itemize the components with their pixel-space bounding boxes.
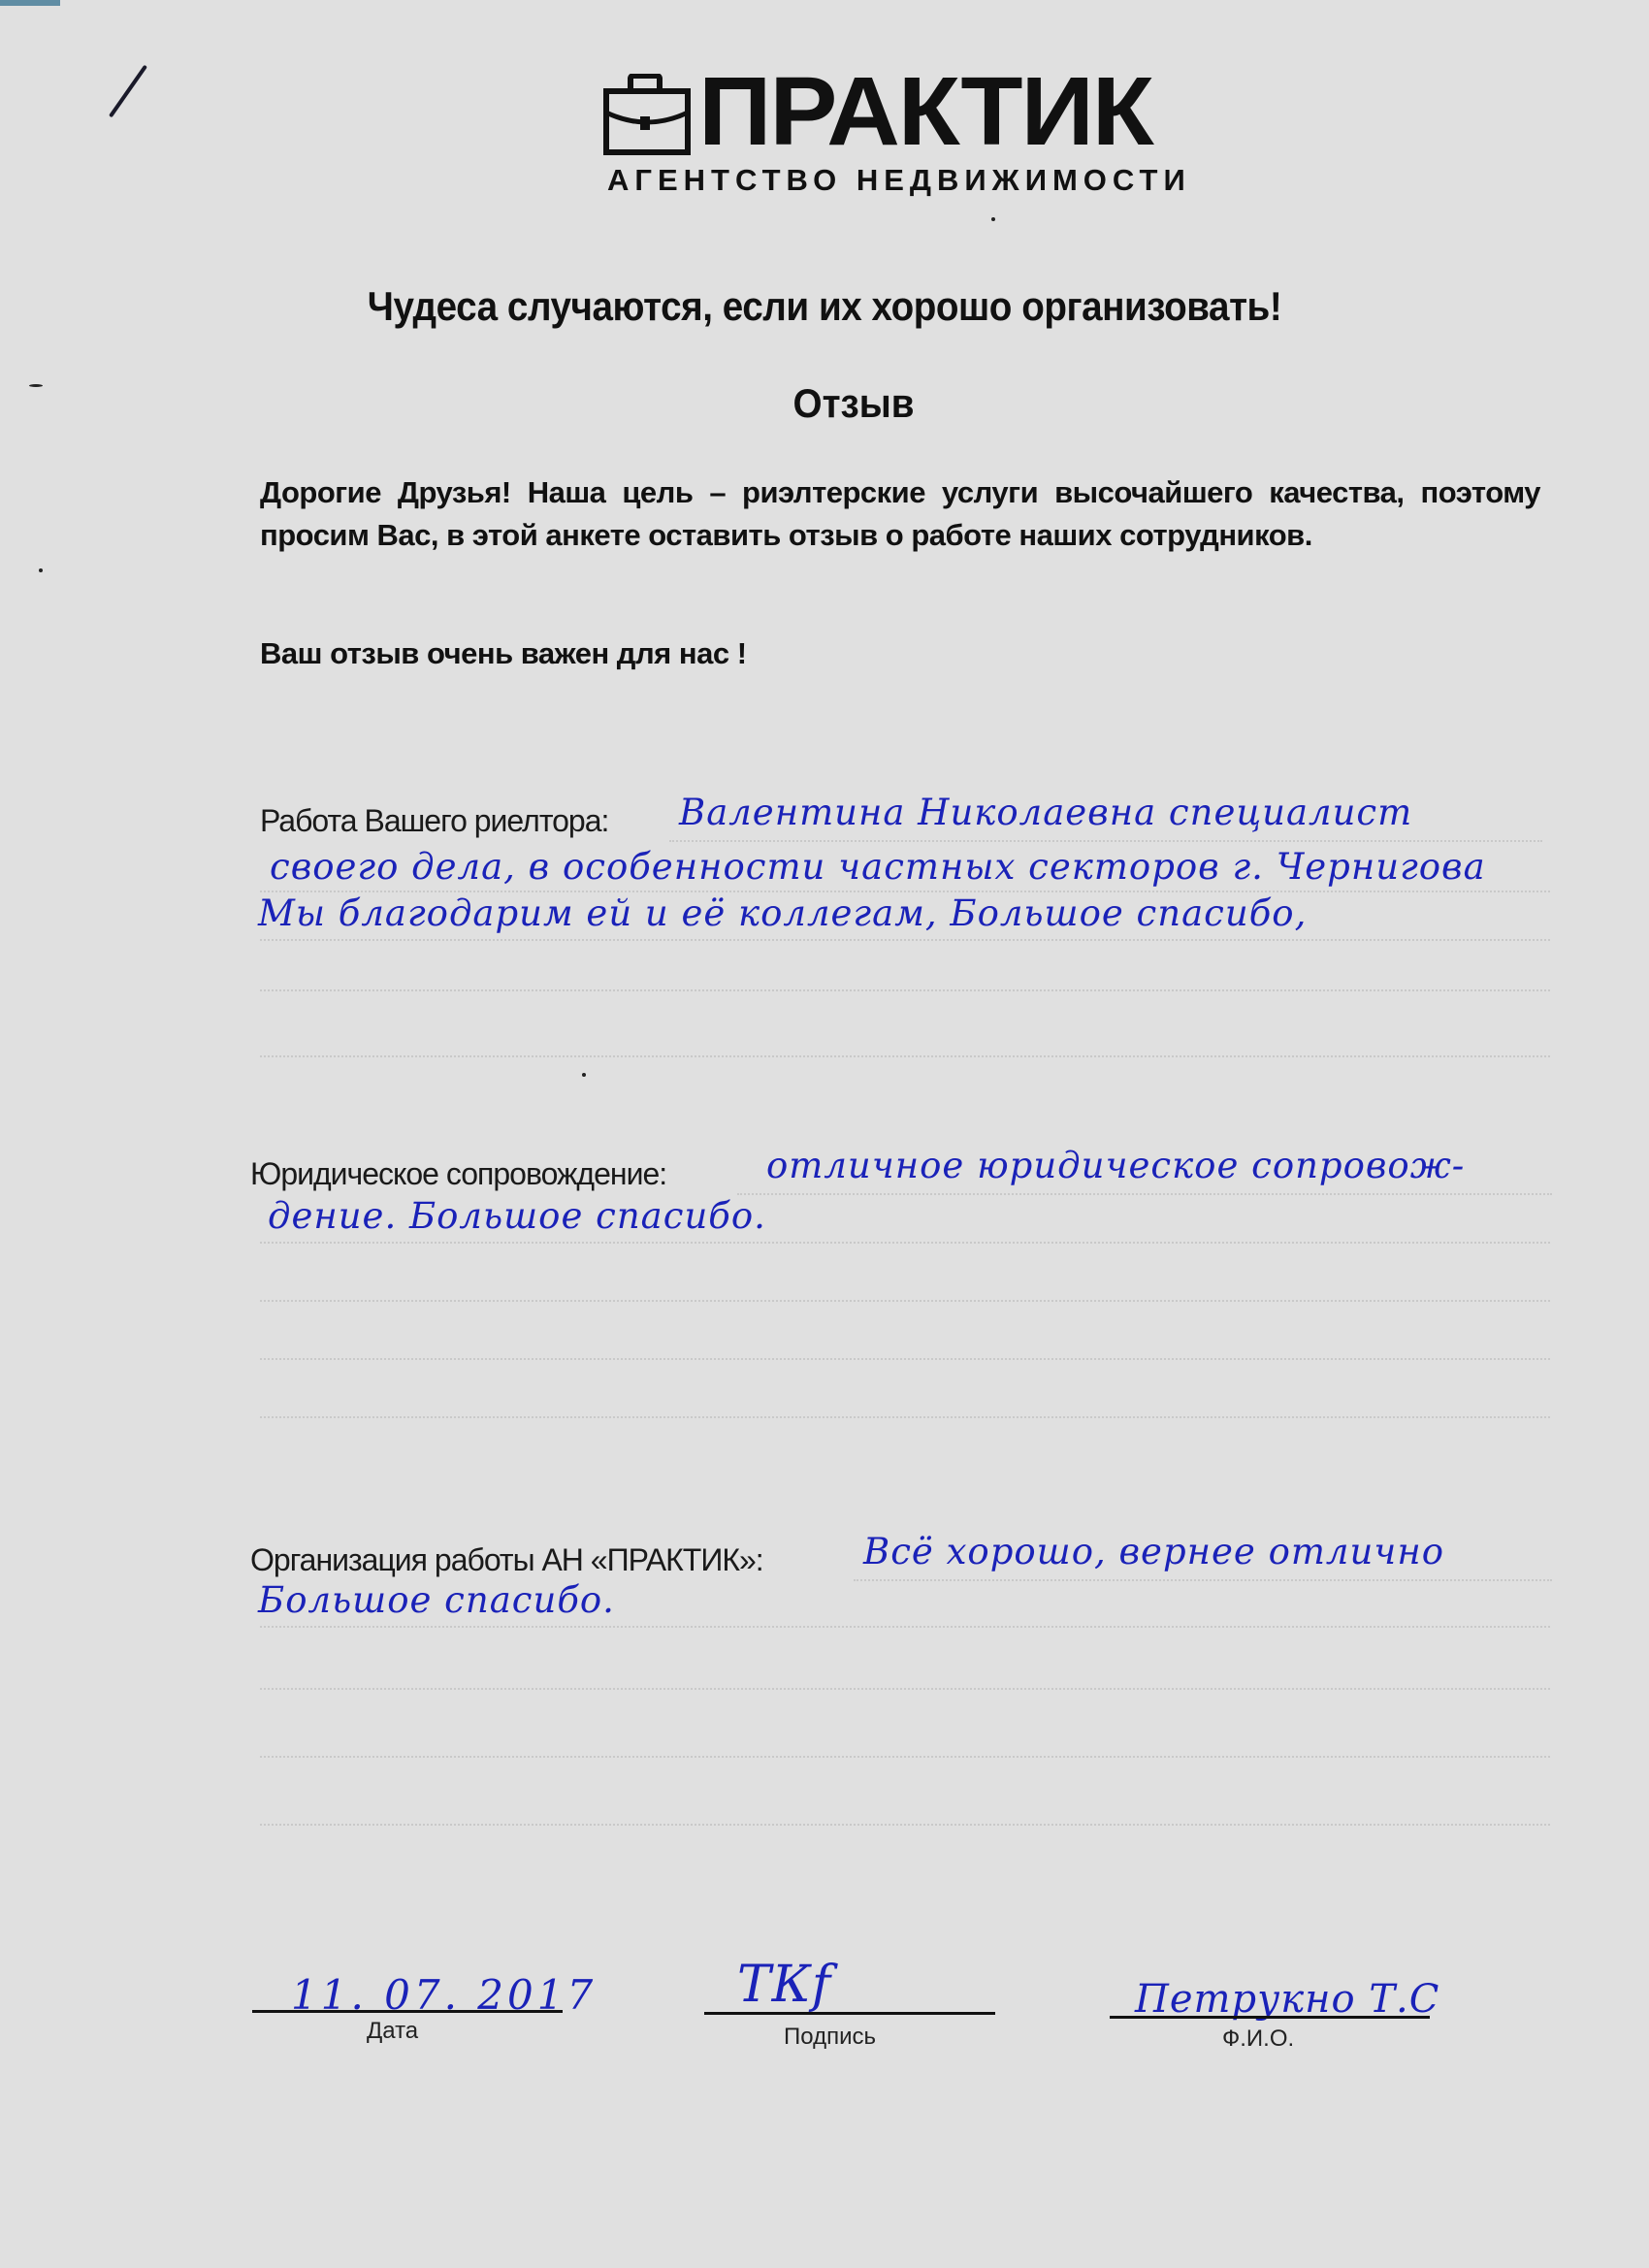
answer-dotted-line xyxy=(260,1416,1550,1418)
signature-caption: Подпись xyxy=(784,2024,876,2051)
briefcase-icon xyxy=(603,74,691,155)
page-title: Отзыв xyxy=(68,380,1638,427)
handwritten-answer-line: Всё хорошо, вернее отлично xyxy=(863,1531,1444,1572)
scan-speck xyxy=(582,1073,586,1077)
answer-dotted-line xyxy=(260,1626,1550,1628)
full-name-caption: Ф.И.О. xyxy=(1222,2025,1294,2053)
company-logo: ПРАКТИК АГЕНТСТВО НЕДВИЖИМОСТИ xyxy=(603,64,1205,210)
scan-speck xyxy=(39,568,43,572)
answer-dotted-line xyxy=(854,1579,1552,1581)
full-name-line xyxy=(1110,2016,1430,2019)
handwritten-answer-line: своего дела, в особенности частных секто… xyxy=(270,846,1486,888)
handwritten-answer-line: дение. Большое спасибо. xyxy=(268,1195,766,1237)
scan-speck xyxy=(29,384,43,387)
answer-dotted-line xyxy=(260,1300,1550,1302)
signature-line xyxy=(704,2012,995,2015)
answer-dotted-line xyxy=(260,1055,1550,1057)
date-line xyxy=(252,2010,563,2013)
handwritten-answer-line: Валентина Николаевна специалист xyxy=(679,792,1412,833)
answer-dotted-line xyxy=(260,1756,1550,1758)
answer-dotted-line xyxy=(260,989,1550,991)
scan-artifact xyxy=(0,0,60,6)
handwritten-answer-line: Мы благодарим ей и её коллегам, Большое … xyxy=(258,892,1307,934)
brand-name: ПРАКТИК xyxy=(698,68,1152,155)
date-caption: Дата xyxy=(367,2018,418,2045)
scan-speck xyxy=(991,217,995,221)
slogan: Чудеса случаются, если их хорошо организ… xyxy=(66,283,1583,330)
handwritten-answer-line: отличное юридическое сопровож- xyxy=(766,1145,1465,1186)
field-label-realtor: Работа Вашего риелтора: xyxy=(260,803,608,839)
answer-dotted-line xyxy=(260,939,1550,941)
answer-dotted-line xyxy=(669,840,1542,842)
intro-text: Дорогие Друзья! Наша цель – риэлтерские … xyxy=(260,471,1540,557)
handwritten-answer-line: Большое спасибо. xyxy=(258,1579,615,1621)
answer-dotted-line xyxy=(260,1688,1550,1690)
signature-value: ТКf xyxy=(737,1956,831,2014)
answer-dotted-line xyxy=(260,1358,1550,1360)
field-label-organization: Организация работы АН «ПРАКТИК»: xyxy=(250,1542,763,1578)
answer-dotted-line xyxy=(260,1824,1550,1826)
answer-dotted-line xyxy=(260,1242,1550,1244)
pen-mark xyxy=(109,65,147,118)
brand-tagline: АГЕНТСТВО НЕДВИЖИМОСТИ xyxy=(607,163,1205,198)
answer-dotted-line xyxy=(737,1193,1552,1195)
intro-important: Ваш отзыв очень важен для нас ! xyxy=(260,636,747,671)
field-label-legal: Юридическое сопровождение: xyxy=(250,1156,666,1192)
